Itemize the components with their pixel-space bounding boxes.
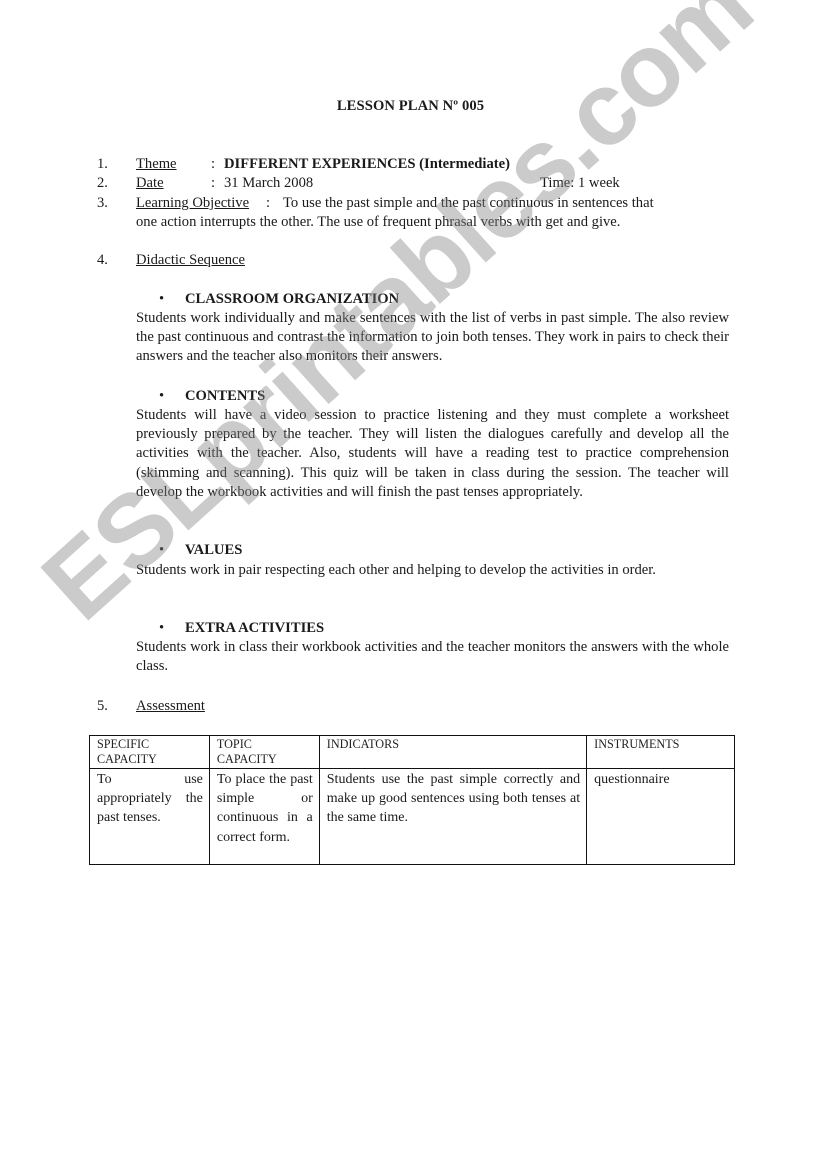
section-text-values: Students work in pair respecting each ot… <box>136 561 729 580</box>
section-heading-text: CLASSROOM ORGANIZATION <box>185 291 399 307</box>
section-heading-text: VALUES <box>185 542 242 558</box>
header-indicators: INDICATORS <box>319 736 586 769</box>
assessment-table: SPECIFIC CAPACITY TOPIC CAPACITY INDICAT… <box>89 735 735 865</box>
item-number: 5. <box>97 697 127 716</box>
bullet-icon: • <box>159 619 185 638</box>
section-heading-contents: •CONTENTS <box>159 387 265 406</box>
item-label: Learning Objective <box>136 194 249 213</box>
bullet-icon: • <box>159 541 185 560</box>
item-separator: : <box>266 194 270 213</box>
cell-indicators: Students use the past simple correctly a… <box>319 769 586 865</box>
item-separator: : <box>211 174 215 193</box>
objective-text-line2: one action interrupts the other. The use… <box>136 213 620 232</box>
cell-specific-capacity: To use appropriately the past tenses. <box>90 769 210 865</box>
item-separator: : <box>211 155 215 174</box>
item-number: 1. <box>97 155 127 174</box>
table-row: To use appropriately the past tenses. To… <box>90 769 735 865</box>
section-heading-classroom-organization: •CLASSROOM ORGANIZATION <box>159 290 399 309</box>
table-header-row: SPECIFIC CAPACITY TOPIC CAPACITY INDICAT… <box>90 736 735 769</box>
section-text-classroom-organization: Students work individually and make sent… <box>136 309 729 367</box>
cell-instruments: questionnaire <box>587 769 735 865</box>
time-value: Time: 1 week <box>540 174 620 193</box>
cell-topic-capacity: To place the past simple or continuous i… <box>209 769 319 865</box>
section-heading-text: CONTENTS <box>185 388 265 404</box>
item-label: Theme <box>136 155 177 174</box>
header-topic-capacity: TOPIC CAPACITY <box>209 736 319 769</box>
item-number: 4. <box>97 251 127 270</box>
item-label: Assessment <box>136 697 205 716</box>
section-heading-text: EXTRA ACTIVITIES <box>185 620 324 636</box>
section-text-contents: Students will have a video session to pr… <box>136 406 729 502</box>
objective-text-line1: To use the past simple and the past cont… <box>283 194 654 213</box>
section-text-extra-activities: Students work in class their workbook ac… <box>136 638 729 676</box>
header-specific-capacity: SPECIFIC CAPACITY <box>90 736 210 769</box>
item-number: 2. <box>97 174 127 193</box>
bullet-icon: • <box>159 290 185 309</box>
item-label: Date <box>136 174 164 193</box>
bullet-icon: • <box>159 387 185 406</box>
header-instruments: INSTRUMENTS <box>587 736 735 769</box>
theme-value: DIFFERENT EXPERIENCES (Intermediate) <box>224 155 510 174</box>
item-number: 3. <box>97 194 127 213</box>
document-title: LESSON PLAN Nº 005 <box>0 98 821 115</box>
item-label: Didactic Sequence <box>136 251 245 270</box>
section-heading-extra-activities: •EXTRA ACTIVITIES <box>159 619 324 638</box>
document-page: LESSON PLAN Nº 005 1. Theme : DIFFERENT … <box>0 0 821 1169</box>
section-heading-values: •VALUES <box>159 541 242 560</box>
date-value: 31 March 2008 <box>224 174 313 193</box>
